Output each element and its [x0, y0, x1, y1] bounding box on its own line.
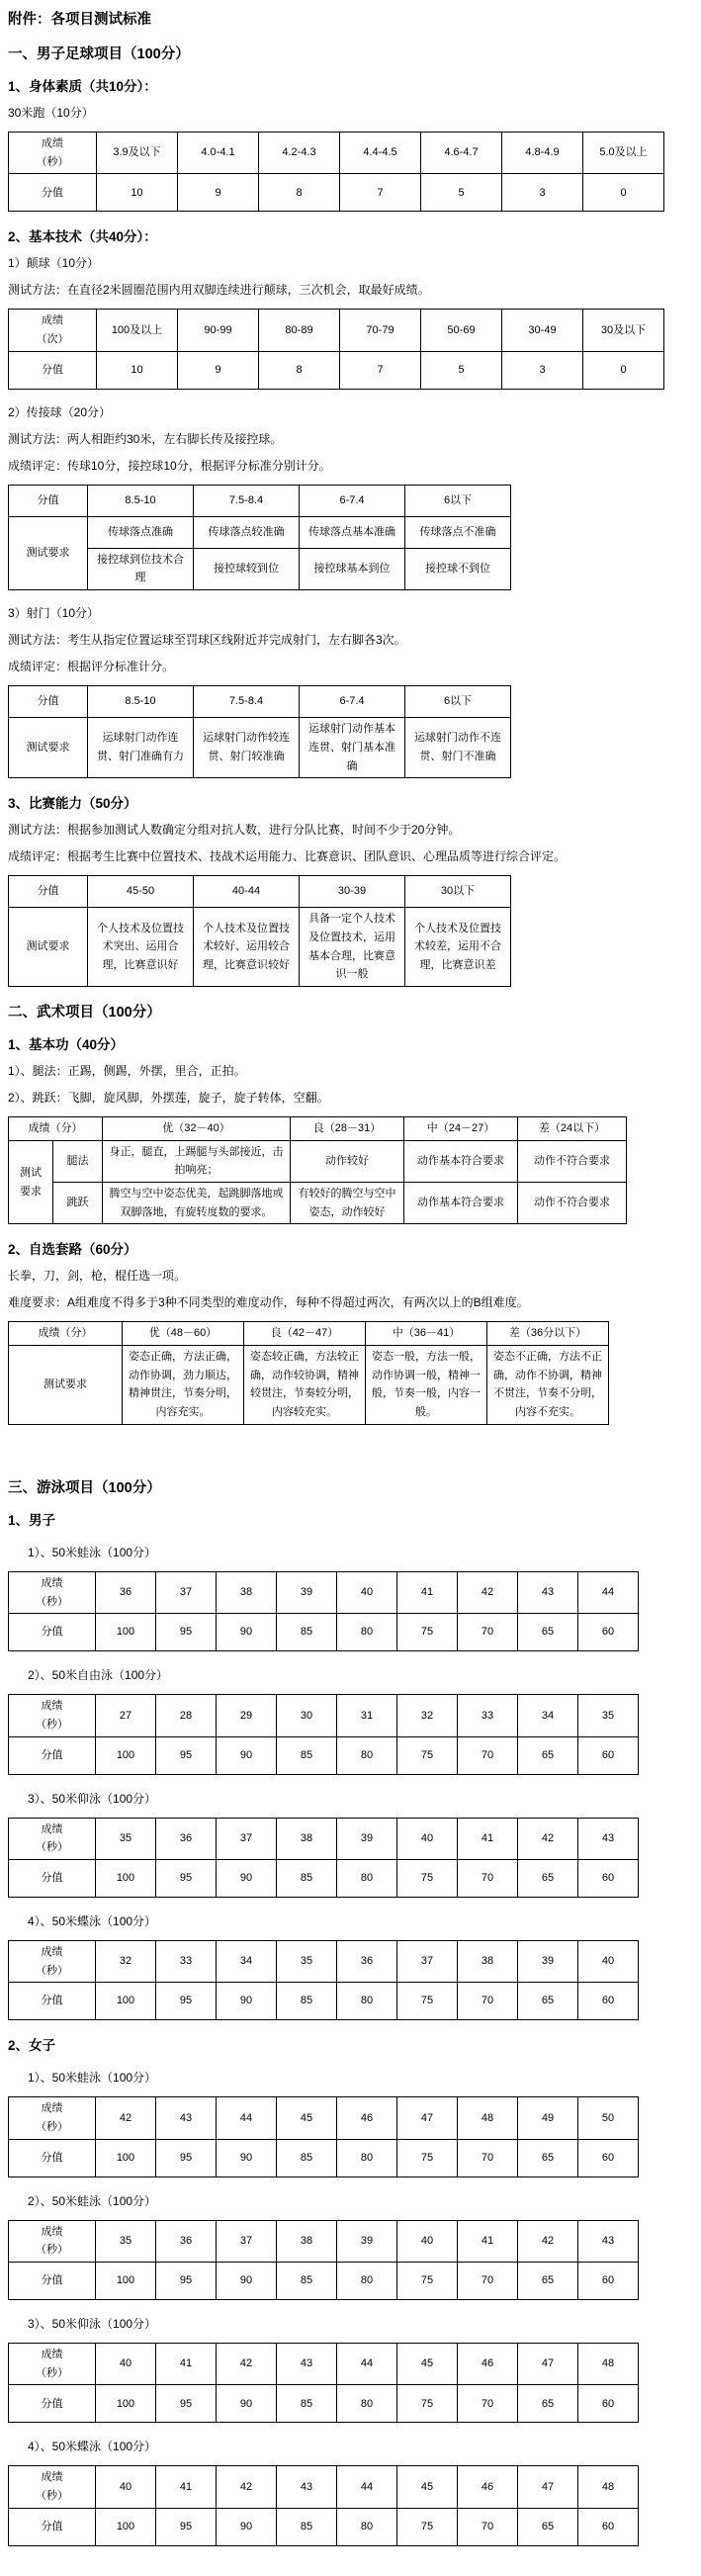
table-row: 分值45-5040-4430-3930以下	[9, 876, 701, 908]
table-cell: 传球落点基本准确	[300, 516, 405, 548]
table-men-butterfly: 成绩 （秒）323334353637383940分值10095908580757…	[8, 1940, 639, 2020]
table-women-breaststroke-1: 成绩 （秒）424344454647484950分值10095908580757…	[8, 2096, 639, 2176]
table-cell: 45	[277, 2097, 337, 2139]
match-scoring: 成绩评定：根据考生比赛中位置技术、技战术运用能力、比赛意识、团队意识、心理品质等…	[8, 847, 693, 865]
table-cell: 41	[458, 1818, 518, 1859]
table-cell: 35	[96, 1818, 156, 1859]
table-cell: 65	[518, 2508, 578, 2545]
routine-options: 长拳，刀，剑，枪，棍任选一项。	[8, 1267, 693, 1285]
table-cell: 传球落点较准确	[194, 516, 300, 548]
table-cell: 良（42－47）	[244, 1322, 366, 1346]
section-swimming: 三、游泳项目（100分）	[8, 1476, 693, 1497]
table-cell: 4.4-4.5	[340, 133, 421, 174]
table-cell: 80	[337, 2139, 397, 2176]
table-row: 成绩 （秒）424344454647484950	[9, 2097, 639, 2139]
table-cell: 9	[178, 351, 259, 389]
table-row: 成绩 （秒）323334353637383940	[9, 1940, 639, 1982]
table-header-cell: 成绩 （秒）	[9, 1695, 96, 1736]
table-header-cell: 分值	[9, 2385, 96, 2423]
table-header-cell: 成绩 （秒）	[9, 1940, 96, 1982]
table-header-cell: 分值	[9, 686, 88, 718]
table-cell: 身正，腿直，上踢腿与头部接近，击拍响亮；	[103, 1140, 291, 1182]
table-cell: 65	[518, 1614, 578, 1651]
table-cell: 48	[578, 2344, 639, 2385]
table-cell: 75	[397, 1736, 458, 1774]
table-cell: 3.9及以下	[97, 133, 178, 174]
table-cell: 60	[578, 2139, 639, 2176]
table-header-cell: 分值	[9, 485, 88, 516]
table-cell: 100	[96, 1859, 156, 1897]
table-cell: 8	[259, 174, 340, 212]
table-row: 测试要求运球射门动作连贯、射门准确有力运球射门动作较连贯、射门较准确运球射门动作…	[9, 718, 701, 778]
table-30m-run: 成绩 （秒）3.9及以下4.0-4.14.2-4.34.4-4.54.6-4.7…	[8, 132, 701, 212]
table-cell: 100	[96, 2263, 156, 2300]
item-women-breaststroke-1: 1）、50米蛙泳（100分）	[28, 2069, 693, 2087]
table-cell: 65	[518, 1859, 578, 1897]
table-women-butterfly: 成绩 （秒）404142434445464748分值10095908580757…	[8, 2465, 639, 2545]
table-cell: 46	[337, 2097, 397, 2139]
table-wushu-basics: 成绩（分）优（32－40）良（28－31）中（24－27）差（24以下）测试 要…	[8, 1116, 627, 1224]
table-header-cell: 成绩 （秒）	[9, 2344, 96, 2385]
table-cell: 个人技术及位置技术较差，运用不合理，比赛意识差	[405, 908, 511, 987]
table-cell: 接控球不到位	[405, 548, 511, 589]
table-cell: 40	[96, 2466, 156, 2508]
table-cell: 95	[156, 1983, 217, 2020]
table-cell: 传球落点准确	[88, 516, 194, 548]
table-cell: 动作不符合要求	[518, 1140, 627, 1182]
table-cell: 95	[156, 2139, 217, 2176]
table-cell: 32	[397, 1695, 458, 1736]
table-cell: 80	[337, 2385, 397, 2423]
table-cell: 姿态正确，方法正确，动作协调，劲力顺达，精神贯注，节奏分明，内容充实。	[123, 1346, 244, 1425]
table-header-cell: 成绩（分）	[9, 1322, 123, 1346]
table-row: 成绩 （秒）363738394041424344	[9, 1571, 639, 1613]
table-cell: 7	[340, 351, 421, 389]
table-cell: 85	[277, 1983, 337, 2020]
item-women-butterfly: 4）、50米蝶泳（100分）	[28, 2438, 693, 2455]
match-method: 测试方法：根据参加测试人数确定分组对抗人数，进行分队比赛，时间不少于20分钟。	[8, 821, 693, 839]
table-cell: 80	[337, 1614, 397, 1651]
table-cell: 60	[578, 2263, 639, 2300]
table-cell: 90	[217, 1736, 277, 1774]
wushu-jumps: 2）、跳跃：飞脚，旋风脚，外摆莲，旋子，旋子转体，空翻。	[8, 1089, 693, 1107]
table-shooting: 分值8.5-107.5-8.46-7.46以下测试要求运球射门动作连贯、射门准确…	[8, 685, 701, 778]
section-mens-football: 一、男子足球项目（100分）	[8, 43, 693, 63]
routine-difficulty: 难度要求：A组难度不得多于3种不同类型的难度动作，每种不得超过两次，有两次以上的…	[8, 1293, 693, 1311]
table-cell: 6以下	[405, 485, 511, 516]
table-cell: 7	[340, 174, 421, 212]
table-cell: 85	[277, 2385, 337, 2423]
table-cell: 47	[518, 2466, 578, 2508]
table-cell: 优（32－40）	[103, 1116, 291, 1140]
table-cell: 5.0及以上	[583, 133, 664, 174]
table-cell: 0	[583, 174, 664, 212]
table-cell: 75	[397, 2139, 458, 2176]
table-cell: 运球射门动作基本连贯、射门基本准确	[300, 718, 405, 778]
table-cell: 95	[156, 2263, 217, 2300]
table-cell: 75	[397, 2508, 458, 2545]
table-cell: 腾空与空中姿态优美，起跳脚落地或双脚落地，有旋转度数的要求。	[103, 1183, 291, 1224]
table-cell: 41	[397, 1571, 458, 1613]
item-passing: 2）传接球（20分）	[8, 403, 693, 421]
table-cell: 75	[397, 2385, 458, 2423]
table-cell: 31	[337, 1695, 397, 1736]
table-row: 测试要求个人技术及位置技术突出、运用合理，比赛意识好个人技术及位置技术较好、运用…	[9, 908, 701, 987]
table-row: 分值1009590858075706560	[9, 1614, 639, 1651]
table-row: 测试要求姿态正确，方法正确，动作协调，劲力顺达，精神贯注，节奏分明，内容充实。姿…	[9, 1346, 701, 1425]
table-cell: 38	[277, 2220, 337, 2262]
table-cell: 48	[578, 2466, 639, 2508]
table-header-cell: 成绩 （秒）	[9, 2097, 96, 2139]
section-wushu: 二、武术项目（100分）	[8, 1001, 693, 1022]
table-header-cell: 腿法	[53, 1140, 103, 1182]
table-cell: 动作基本符合要求	[404, 1140, 518, 1182]
table-cell: 4.8-4.9	[502, 133, 583, 174]
table-row: 跳跃腾空与空中姿态优美，起跳脚落地或双脚落地，有旋转度数的要求。有较好的腾空与空…	[9, 1183, 627, 1224]
table-row: 分值10987530	[9, 351, 701, 389]
table-cell: 90	[217, 2263, 277, 2300]
table-cell: 100	[96, 1614, 156, 1651]
table-header-cell: 分值	[9, 2263, 96, 2300]
table-row: 成绩 （秒）353637383940414243	[9, 2220, 639, 2262]
table-cell: 100及以上	[97, 310, 178, 351]
table-row: 分值8.5-107.5-8.46-7.46以下	[9, 485, 701, 516]
table-cell: 90	[217, 2508, 277, 2545]
table-cell: 42	[458, 1571, 518, 1613]
table-cell: 40-44	[194, 876, 300, 908]
table-cell: 动作不符合要求	[518, 1183, 627, 1224]
table-cell: 37	[217, 1818, 277, 1859]
table-cell: 28	[156, 1695, 217, 1736]
table-row: 接控球到位技术合理接控球较到位接控球基本到位接控球不到位	[9, 548, 701, 589]
table-row: 分值1009590858075706560	[9, 2139, 639, 2176]
table-cell: 90-99	[178, 310, 259, 351]
table-cell: 70	[458, 2263, 518, 2300]
table-cell: 90	[217, 2385, 277, 2423]
table-row: 分值1009590858075706560	[9, 1983, 639, 2020]
table-cell: 差（24以下）	[518, 1116, 627, 1140]
table-cell: 33	[458, 1695, 518, 1736]
table-cell: 32	[96, 1940, 156, 1982]
table-women-backstroke: 成绩 （秒）404142434445464748分值10095908580757…	[8, 2343, 639, 2423]
table-cell: 36	[156, 1818, 217, 1859]
table-cell: 45	[397, 2344, 458, 2385]
table-cell: 75	[397, 1983, 458, 2020]
table-header-cell: 分值	[9, 876, 88, 908]
table-header-cell: 成绩 （秒）	[9, 2466, 96, 2508]
attachment-title: 附件：各项目测试标准	[8, 8, 693, 29]
table-cell: 85	[277, 1614, 337, 1651]
sub-match-ability: 3、比赛能力（50分）	[8, 792, 693, 812]
table-cell: 40	[337, 1571, 397, 1613]
table-cell: 90	[217, 1983, 277, 2020]
table-cell: 43	[277, 2344, 337, 2385]
table-cell: 运球射门动作不连贯、射门不准确	[405, 718, 511, 778]
table-header-cell: 成绩 （秒）	[9, 2220, 96, 2262]
table-cell: 0	[583, 351, 664, 389]
table-cell: 80	[337, 1983, 397, 2020]
table-cell: 姿态一般，方法一般，动作协调一般，精神一般，节奏一般，内容一般。	[366, 1346, 487, 1425]
table-row: 成绩 （秒）272829303132333435	[9, 1695, 639, 1736]
table-cell: 3	[502, 351, 583, 389]
table-cell: 36	[337, 1940, 397, 1982]
table-cell: 35	[277, 1940, 337, 1982]
table-cell: 33	[156, 1940, 217, 1982]
table-cell: 8	[259, 351, 340, 389]
table-row: 测试 要求腿法身正，腿直，上踢腿与头部接近，击拍响亮；动作较好动作基本符合要求动…	[9, 1140, 627, 1182]
sub-swim-women: 2、女子	[8, 2034, 693, 2054]
item-juggling: 1）颠球（10分）	[8, 254, 693, 272]
table-cell: 80	[337, 2263, 397, 2300]
item-men-breaststroke: 1）、50米蛙泳（100分）	[28, 1544, 693, 1561]
table-cell: 30-49	[502, 310, 583, 351]
table-cell: 85	[277, 2139, 337, 2176]
table-cell: 姿态不正确，方法不正确，动作不协调，精神不贯注，节奏不分明，内容不充实。	[487, 1346, 609, 1425]
table-cell: 40	[96, 2344, 156, 2385]
table-header-cell: 分值	[9, 1614, 96, 1651]
table-row: 成绩 （秒）404142434445464748	[9, 2466, 639, 2508]
table-cell: 100	[96, 2385, 156, 2423]
table-cell: 65	[518, 2139, 578, 2176]
table-men-breaststroke: 成绩 （秒）363738394041424344分值10095908580757…	[8, 1571, 639, 1651]
table-cell: 60	[578, 1859, 639, 1897]
table-cell: 34	[518, 1695, 578, 1736]
item-30m-run: 30米跑（10分）	[8, 104, 693, 122]
sub-wushu-basics: 1、基本功（40分）	[8, 1033, 693, 1053]
table-cell: 65	[518, 2263, 578, 2300]
table-cell: 80-89	[259, 310, 340, 351]
table-cell: 运球射门动作较连贯、射门较准确	[194, 718, 300, 778]
table-cell: 38	[458, 1940, 518, 1982]
table-men-backstroke: 成绩 （秒）353637383940414243分值10095908580757…	[8, 1818, 639, 1898]
table-cell: 70	[458, 2508, 518, 2545]
table-cell: 85	[277, 2508, 337, 2545]
table-cell: 35	[578, 1695, 639, 1736]
table-cell: 44	[578, 1571, 639, 1613]
table-cell: 34	[217, 1940, 277, 1982]
table-cell: 47	[397, 2097, 458, 2139]
table-cell: 70	[458, 2385, 518, 2423]
table-cell: 46	[458, 2466, 518, 2508]
table-row: 成绩（分）优（32－40）良（28－31）中（24－27）差（24以下）	[9, 1116, 627, 1140]
table-cell: 35	[96, 2220, 156, 2262]
table-cell: 45-50	[88, 876, 194, 908]
table-cell: 4.2-4.3	[259, 133, 340, 174]
table-cell: 36	[156, 2220, 217, 2262]
table-header-cell: 跳跃	[53, 1183, 103, 1224]
table-cell: 动作较好	[291, 1140, 404, 1182]
table-cell: 7.5-8.4	[194, 485, 300, 516]
table-cell: 6-7.4	[300, 485, 405, 516]
table-cell: 中（24－27）	[404, 1116, 518, 1140]
table-cell: 39	[337, 1818, 397, 1859]
table-cell: 39	[337, 2220, 397, 2262]
table-cell: 39	[518, 1940, 578, 1982]
table-cell: 42	[96, 2097, 156, 2139]
table-cell: 85	[277, 1859, 337, 1897]
table-cell: 43	[156, 2097, 217, 2139]
table-header-cell: 测试要求	[9, 1346, 123, 1425]
table-row: 分值1009590858075706560	[9, 2508, 639, 2545]
table-cell: 38	[217, 1571, 277, 1613]
document: 附件：各项目测试标准一、男子足球项目（100分）1、身体素质（共10分）：30米…	[0, 0, 701, 2576]
table-cell: 传球落点不准确	[405, 516, 511, 548]
table-wushu-routine: 成绩（分）优（48－60）良（42－47）中（36－41）差（36分以下）测试要…	[8, 1321, 701, 1424]
shooting-method: 测试方法：考生从指定位置运球至罚球区线附近并完成射门，左右脚各3次。	[8, 631, 693, 649]
table-cell: 100	[96, 2139, 156, 2176]
passing-method: 测试方法：两人相距约30米，左右脚长传及接控球。	[8, 430, 693, 448]
wushu-legs: 1）、腿法：正踢，侧踢，外摆，里合，正拍。	[8, 1062, 693, 1080]
table-cell: 65	[518, 1983, 578, 2020]
table-cell: 个人技术及位置技术突出、运用合理，比赛意识好	[88, 908, 194, 987]
table-cell: 100	[96, 1736, 156, 1774]
table-cell: 38	[277, 1818, 337, 1859]
table-header-cell: 分值	[9, 1859, 96, 1897]
table-cell: 10	[97, 351, 178, 389]
table-cell: 中（36－41）	[366, 1322, 487, 1346]
table-cell: 70	[458, 2139, 518, 2176]
table-row: 分值10987530	[9, 174, 701, 212]
sub-wushu-routine: 2、自选套路（60分）	[8, 1238, 693, 1258]
table-cell: 42	[217, 2466, 277, 2508]
table-cell: 50-69	[421, 310, 502, 351]
table-header-cell: 分值	[9, 351, 97, 389]
table-cell: 接控球基本到位	[300, 548, 405, 589]
table-cell: 良（28－31）	[291, 1116, 404, 1140]
table-cell: 70	[458, 1859, 518, 1897]
table-cell: 49	[518, 2097, 578, 2139]
table-cell: 95	[156, 1736, 217, 1774]
table-cell: 30	[277, 1695, 337, 1736]
table-row: 成绩 （秒）404142434445464748	[9, 2344, 639, 2385]
table-cell: 60	[578, 1614, 639, 1651]
table-header-cell: 测试要求	[9, 908, 88, 987]
table-cell: 40	[397, 2220, 458, 2262]
table-row: 分值1009590858075706560	[9, 2385, 639, 2423]
table-cell: 29	[217, 1695, 277, 1736]
table-cell: 40	[578, 1940, 639, 1982]
item-men-backstroke: 3）、50米仰泳（100分）	[28, 1790, 693, 1808]
table-cell: 44	[217, 2097, 277, 2139]
table-cell: 65	[518, 1736, 578, 1774]
juggling-method: 测试方法：在直径2米圆圈范围内用双脚连续进行颠球，三次机会，取最好成绩。	[8, 281, 693, 299]
table-cell: 30及以下	[583, 310, 664, 351]
table-cell: 30-39	[300, 876, 405, 908]
table-header-cell: 测试要求	[9, 516, 88, 589]
table-cell: 37	[397, 1940, 458, 1982]
table-cell: 41	[458, 2220, 518, 2262]
table-header-cell: 分值	[9, 1983, 96, 2020]
table-header-cell: 成绩 （次）	[9, 310, 97, 351]
table-cell: 70	[458, 1614, 518, 1651]
table-cell: 4.6-4.7	[421, 133, 502, 174]
table-cell: 80	[337, 1736, 397, 1774]
shooting-scoring: 成绩评定：根据评分标准计分。	[8, 658, 693, 675]
table-row: 测试要求传球落点准确传球落点较准确传球落点基本准确传球落点不准确	[9, 516, 701, 548]
table-row: 成绩（分）优（48－60）良（42－47）中（36－41）差（36分以下）	[9, 1322, 701, 1346]
table-cell: 75	[397, 1614, 458, 1651]
table-cell: 100	[96, 2508, 156, 2545]
item-men-butterfly: 4）、50米蝶泳（100分）	[28, 1912, 693, 1930]
item-men-freestyle: 2）、50米自由泳（100分）	[28, 1666, 693, 1684]
table-cell: 6-7.4	[300, 686, 405, 718]
table-header-cell: 分值	[9, 2508, 96, 2545]
table-cell: 100	[96, 1983, 156, 2020]
table-header-cell: 测试 要求	[9, 1140, 53, 1224]
sub-physical-quality: 1、身体素质（共10分）：	[8, 75, 693, 95]
table-cell: 60	[578, 1983, 639, 2020]
sub-basic-technique: 2、基本技术（共40分）：	[8, 225, 693, 245]
table-women-breaststroke-2: 成绩 （秒）353637383940414243分值10095908580757…	[8, 2220, 639, 2300]
table-cell: 75	[397, 2263, 458, 2300]
table-cell: 4.0-4.1	[178, 133, 259, 174]
table-cell: 43	[578, 2220, 639, 2262]
table-cell: 75	[397, 1859, 458, 1897]
table-cell: 有较好的腾空与空中姿态，动作较好	[291, 1183, 404, 1224]
item-women-backstroke: 3）、50米仰泳（100分）	[28, 2315, 693, 2333]
table-passing: 分值8.5-107.5-8.46-7.46以下测试要求传球落点准确传球落点较准确…	[8, 485, 701, 590]
table-cell: 80	[337, 1859, 397, 1897]
table-header-cell: 分值	[9, 1736, 96, 1774]
passing-scoring: 成绩评定：传球10分，接控球10分，根据评分标准分别计分。	[8, 457, 693, 475]
table-cell: 8.5-10	[88, 485, 194, 516]
table-row: 成绩 （秒）353637383940414243	[9, 1818, 639, 1859]
table-cell: 85	[277, 2263, 337, 2300]
table-cell: 44	[337, 2344, 397, 2385]
table-cell: 44	[337, 2466, 397, 2508]
table-cell: 运球射门动作连贯、射门准确有力	[88, 718, 194, 778]
table-cell: 60	[578, 2508, 639, 2545]
table-cell: 85	[277, 1736, 337, 1774]
table-match-ability: 分值45-5040-4430-3930以下测试要求个人技术及位置技术突出、运用合…	[8, 875, 701, 987]
table-cell: 37	[217, 2220, 277, 2262]
table-cell: 9	[178, 174, 259, 212]
table-cell: 39	[277, 1571, 337, 1613]
table-cell: 42	[518, 2220, 578, 2262]
table-cell: 65	[518, 2385, 578, 2423]
table-cell: 95	[156, 2508, 217, 2545]
table-cell: 42	[518, 1818, 578, 1859]
table-cell: 70	[458, 1736, 518, 1774]
table-cell: 43	[277, 2466, 337, 2508]
table-row: 分值8.5-107.5-8.46-7.46以下	[9, 686, 701, 718]
table-header-cell: 成绩（分）	[9, 1116, 103, 1140]
table-cell: 10	[97, 174, 178, 212]
table-row: 成绩 （次）100及以上90-9980-8970-7950-6930-4930及…	[9, 310, 701, 351]
table-cell: 80	[337, 2508, 397, 2545]
table-cell: 95	[156, 1614, 217, 1651]
document-body: 附件：各项目测试标准一、男子足球项目（100分）1、身体素质（共10分）：30米…	[8, 8, 693, 2546]
table-men-freestyle: 成绩 （秒）272829303132333435分值10095908580757…	[8, 1694, 639, 1774]
table-row: 分值1009590858075706560	[9, 1859, 639, 1897]
table-cell: 6以下	[405, 686, 511, 718]
table-cell: 60	[578, 1736, 639, 1774]
table-cell: 3	[502, 174, 583, 212]
table-cell: 41	[156, 2344, 217, 2385]
table-juggling: 成绩 （次）100及以上90-9980-8970-7950-6930-4930及…	[8, 309, 701, 389]
table-cell: 41	[156, 2466, 217, 2508]
table-row: 分值1009590858075706560	[9, 2263, 639, 2300]
table-cell: 具备一定个人技术及位置技术，运用基本合理，比赛意识一般	[300, 908, 405, 987]
table-cell: 43	[578, 1818, 639, 1859]
table-row: 成绩 （秒）3.9及以下4.0-4.14.2-4.34.4-4.54.6-4.7…	[9, 133, 701, 174]
table-cell: 47	[518, 2344, 578, 2385]
sub-swim-men: 1、男子	[8, 1509, 693, 1529]
table-cell: 5	[421, 174, 502, 212]
item-shooting: 3）射门（10分）	[8, 604, 693, 622]
table-cell: 50	[578, 2097, 639, 2139]
table-cell: 70	[458, 1983, 518, 2020]
